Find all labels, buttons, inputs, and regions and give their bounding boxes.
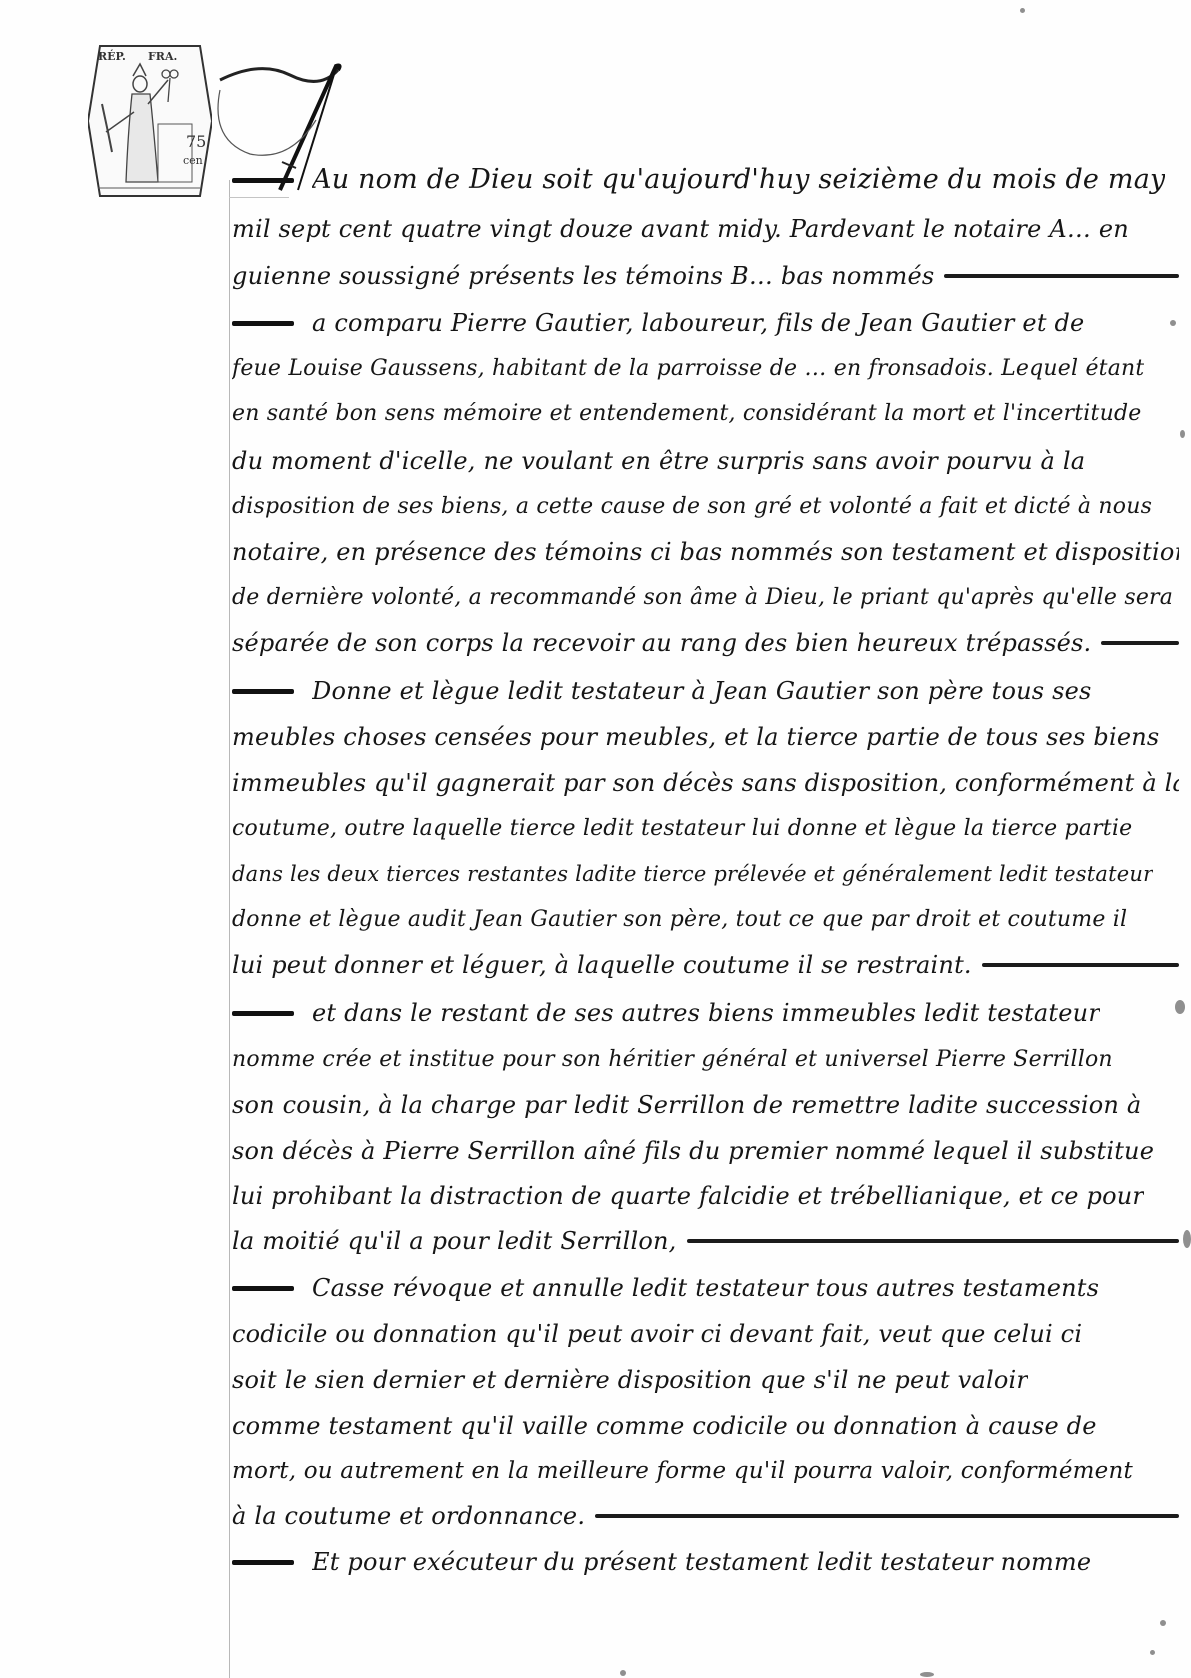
text-line: codicile ou donnation qu'il peut avoir c…: [232, 1314, 1179, 1354]
line-text: codicile ou donnation qu'il peut avoir c…: [232, 1314, 1082, 1354]
text-line: de dernière volonté, a recommandé son âm…: [232, 578, 1179, 618]
line-text: mil sept cent quatre vingt douze avant m…: [232, 209, 1129, 249]
stamp-rep-text: RÉP.: [98, 50, 126, 63]
text-line: nomme crée et institue pour son héritier…: [232, 1040, 1179, 1080]
line-text: à la coutume et ordonnance.: [232, 1496, 585, 1536]
text-line: Casse révoque et annulle ledit testateur…: [232, 1268, 1179, 1308]
line-text: son décès à Pierre Serrillon aîné fils d…: [232, 1131, 1154, 1171]
line-text: coutume, outre laquelle tierce ledit tes…: [232, 809, 1132, 849]
line-text: Casse révoque et annulle ledit testateur…: [312, 1268, 1099, 1308]
text-line: du moment d'icelle, ne voulant en être s…: [232, 441, 1179, 481]
margin-rule: [229, 180, 230, 1678]
scan-speck: [1175, 1000, 1185, 1014]
line-text: mort, ou autrement en la meilleure forme…: [232, 1451, 1133, 1491]
text-line: son décès à Pierre Serrillon aîné fils d…: [232, 1131, 1179, 1171]
scan-speck: [1170, 320, 1176, 326]
text-line: Au nom de Dieu soit qu'aujourd'huy seizi…: [232, 160, 1179, 200]
line-text: guienne soussigné présents les témoins B…: [232, 256, 934, 296]
scan-speck: [920, 1672, 934, 1677]
text-line: et dans le restant de ses autres biens i…: [232, 993, 1179, 1033]
text-line: séparée de son corps la recevoir au rang…: [232, 623, 1179, 663]
line-text: donne et lègue audit Jean Gautier son pè…: [232, 900, 1127, 940]
stamp-value: 75: [186, 132, 206, 151]
document-page: RÉP. FRA. 75 cen Au nom de Dieu soit qu'…: [0, 0, 1191, 1678]
line-text: Et pour exécuteur du présent testament l…: [312, 1542, 1091, 1582]
text-line: son cousin, à la charge par ledit Serril…: [232, 1085, 1179, 1125]
line-text: nomme crée et institue pour son héritier…: [232, 1040, 1113, 1080]
scan-speck: [1180, 430, 1185, 438]
text-line: disposition de ses biens, a cette cause …: [232, 487, 1179, 527]
lead-dash: [232, 321, 294, 326]
text-line: Donne et lègue ledit testateur à Jean Ga…: [232, 671, 1179, 711]
line-text: du moment d'icelle, ne voulant en être s…: [232, 441, 1085, 481]
text-line: a comparu Pierre Gautier, laboureur, fil…: [232, 303, 1179, 343]
lead-dash: [232, 1560, 294, 1565]
line-text: en santé bon sens mémoire et entendement…: [232, 394, 1141, 434]
text-line: soit le sien dernier et dernière disposi…: [232, 1360, 1179, 1400]
lead-dash: [232, 178, 294, 183]
closing-rule: [944, 274, 1179, 278]
lead-dash: [232, 1286, 294, 1291]
line-text: soit le sien dernier et dernière disposi…: [232, 1360, 1028, 1400]
line-text: son cousin, à la charge par ledit Serril…: [232, 1085, 1141, 1125]
line-text: disposition de ses biens, a cette cause …: [232, 487, 1152, 527]
text-line: en santé bon sens mémoire et entendement…: [232, 394, 1179, 434]
text-line: meubles choses censées pour meubles, et …: [232, 717, 1179, 757]
text-line: donne et lègue audit Jean Gautier son pè…: [232, 900, 1179, 940]
line-text: de dernière volonté, a recommandé son âm…: [232, 578, 1173, 618]
stamp-unit: cen: [183, 154, 203, 167]
scan-speck: [620, 1670, 626, 1676]
line-text: et dans le restant de ses autres biens i…: [312, 993, 1100, 1033]
text-line: à la coutume et ordonnance.: [232, 1496, 1179, 1536]
line-text: Donne et lègue ledit testateur à Jean Ga…: [312, 671, 1092, 711]
text-line: lui prohibant la distraction de quarte f…: [232, 1176, 1179, 1216]
text-line: feue Louise Gaussens, habitant de la par…: [232, 349, 1179, 389]
text-line: coutume, outre laquelle tierce ledit tes…: [232, 809, 1179, 849]
text-line: dans les deux tierces restantes ladite t…: [232, 854, 1179, 894]
lead-dash: [232, 689, 294, 694]
text-line: la moitié qu'il a pour ledit Serrillon,: [232, 1221, 1179, 1261]
revenue-stamp: RÉP. FRA. 75 cen: [88, 42, 212, 200]
text-line: guienne soussigné présents les témoins B…: [232, 256, 1179, 296]
line-text: immeubles qu'il gagnerait par son décès …: [232, 763, 1179, 803]
stamp-figure-icon: [88, 42, 212, 200]
text-line: lui peut donner et léguer, à laquelle co…: [232, 945, 1179, 985]
line-text: feue Louise Gaussens, habitant de la par…: [232, 349, 1144, 389]
text-line: mil sept cent quatre vingt douze avant m…: [232, 209, 1179, 249]
closing-rule: [595, 1514, 1179, 1518]
line-text: meubles choses censées pour meubles, et …: [232, 717, 1159, 757]
line-text: dans les deux tierces restantes ladite t…: [232, 854, 1153, 894]
closing-rule: [1101, 641, 1179, 645]
scan-speck: [1160, 1620, 1166, 1626]
line-text: notaire, en présence des témoins ci bas …: [232, 532, 1179, 572]
line-text: a comparu Pierre Gautier, laboureur, fil…: [312, 303, 1084, 343]
scan-speck: [1183, 1230, 1191, 1248]
line-text: lui prohibant la distraction de quarte f…: [232, 1176, 1144, 1216]
closing-rule: [982, 963, 1179, 967]
line-text: lui peut donner et léguer, à laquelle co…: [232, 945, 972, 985]
scan-speck: [1020, 8, 1025, 13]
text-line: comme testament qu'il vaille comme codic…: [232, 1406, 1179, 1446]
text-line: immeubles qu'il gagnerait par son décès …: [232, 763, 1179, 803]
closing-rule: [687, 1239, 1180, 1243]
line-text: comme testament qu'il vaille comme codic…: [232, 1406, 1097, 1446]
text-line: Et pour exécuteur du présent testament l…: [232, 1542, 1179, 1582]
text-line: notaire, en présence des témoins ci bas …: [232, 532, 1179, 572]
line-text: Au nom de Dieu soit qu'aujourd'huy seizi…: [312, 160, 1165, 200]
lead-dash: [232, 1011, 294, 1016]
scan-speck: [1150, 1650, 1155, 1655]
text-line: mort, ou autrement en la meilleure forme…: [232, 1451, 1179, 1491]
line-text: séparée de son corps la recevoir au rang…: [232, 623, 1091, 663]
line-text: la moitié qu'il a pour ledit Serrillon,: [232, 1221, 677, 1261]
stamp-fra-text: FRA.: [148, 50, 177, 63]
